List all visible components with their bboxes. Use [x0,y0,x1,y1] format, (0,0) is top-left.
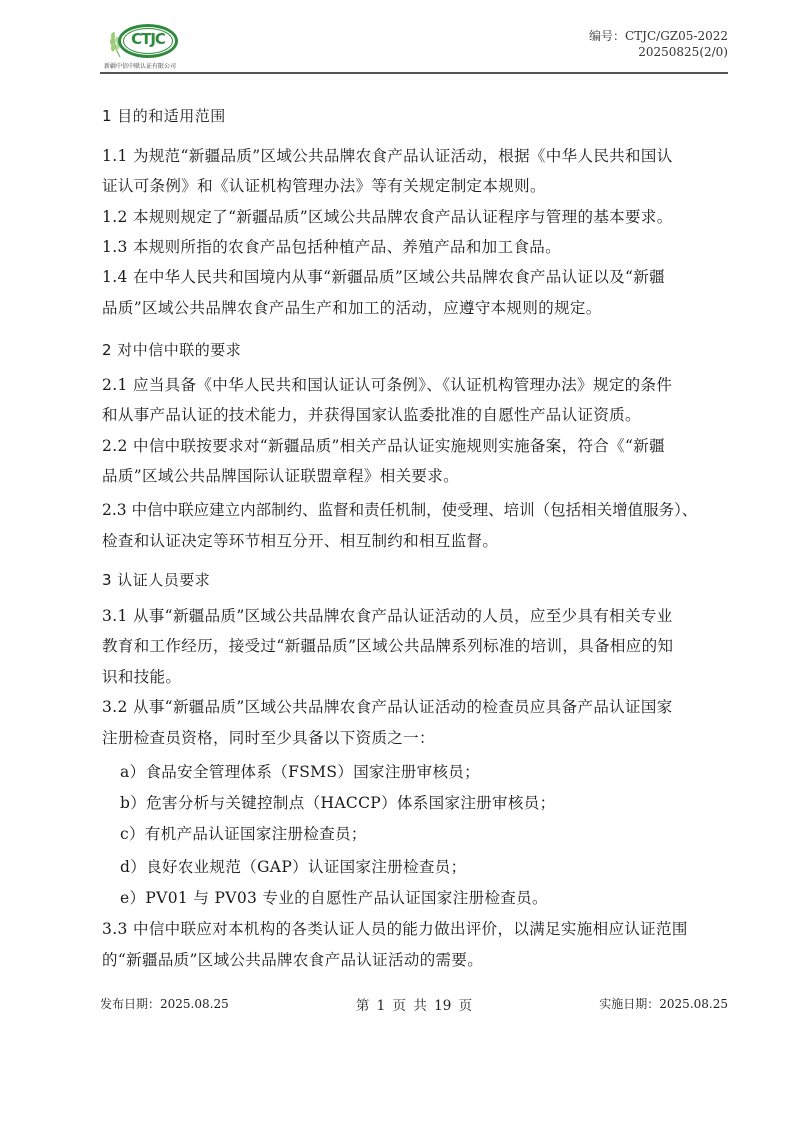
document-version: 20250825(2/0) [589,44,728,60]
paragraph-line: 检查和认证决定等环节相互分开、相互制约和相互监督。 [102,531,498,551]
company-name: 新疆中信中联认证有限公司 [104,61,176,70]
list-item: c）有机产品认证国家注册检查员； [120,824,367,844]
list-item: a）食品安全管理体系（FSMS）国家注册审核员； [120,762,480,782]
paragraph-line: 1.4 在中华人民共和国境内从事“新疆品质”区域公共品牌农食产品认证以及“新疆 [102,267,665,287]
paragraph-line: 3.2 从事“新疆品质”区域公共品牌农食产品认证活动的检查员应具备产品认证国家 [102,697,673,717]
paragraph-line: 和从事产品认证的技术能力，并获得国家认监委批准的自愿性产品认证资质。 [102,405,641,425]
paragraph-line: 注册检查员资格，同时至少具备以下资质之一： [102,728,435,748]
paragraph-line: 证认可条例》和《认证机构管理办法》等有关规定制定本规则。 [102,176,546,196]
paragraph-line: 3.3 中信中联应对本机构的各类认证人员的能力做出评价，以满足实施相应认证范围 [102,919,688,939]
document-id: 编号：CTJC/GZ05-2022 20250825(2/0) [589,28,728,60]
page-header: CTJC 新疆中信中联认证有限公司 编号：CTJC/GZ05-2022 2025… [100,18,728,70]
paragraph-line: 2.3 中信中联应建立内部制约、监督和责任机制，使受理、培训（包括相关增值服务）… [102,500,697,520]
paragraph-line: 2.2 中信中联按要求对“新疆品质”相关产品认证实施规则实施备案，符合《“新疆 [102,436,665,456]
section-heading: 1 目的和适用范围 [102,106,226,126]
header-divider [100,72,728,74]
paragraph-line: 3.1 从事“新疆品质”区域公共品牌农食产品认证活动的人员，应至少具有相关专业 [102,606,673,626]
paragraph-line: 教育和工作经历，接受过“新疆品质”区域公共品牌系列标准的培训，具备相应的知 [102,636,673,656]
section-heading: 2 对中信中联的要求 [102,340,241,360]
paragraph-line: 1.1 为规范“新疆品质”区域公共品牌农食产品认证活动，根据《中华人民共和国认 [102,146,673,166]
document-number: 编号：CTJC/GZ05-2022 [589,28,728,44]
paragraph-line: 识和技能。 [102,667,181,687]
list-item: d）良好农业规范（GAP）认证国家注册检查员； [120,857,466,877]
paragraph-line: 1.2 本规则规定了“新疆品质”区域公共品牌农食产品认证程序与管理的基本要求。 [102,207,673,227]
page-footer: 发布日期：2025.08.25 第 1 页 共 19 页 实施日期：2025.0… [100,995,728,1015]
paragraph-line: 品质”区域公共品牌国际认证联盟章程》相关要求。 [102,466,459,486]
list-item: e）PV01 与 PV03 专业的自愿性产品认证国家注册检查员。 [120,888,548,908]
paragraph-line: 品质”区域公共品牌农食产品生产和加工的活动，应遵守本规则的规定。 [102,298,602,318]
paragraph-line: 2.1 应当具备《中华人民共和国认证认可条例》、《认证机构管理办法》规定的条件 [102,375,672,395]
paragraph-line: 的“新疆品质”区域公共品牌农食产品认证活动的需要。 [102,950,483,970]
logo-text: CTJC [128,30,168,48]
paragraph-line: 1.3 本规则所指的农食产品包括种植产品、养殖产品和加工食品。 [102,237,561,257]
section-heading: 3 认证人员要求 [102,570,210,590]
company-logo: CTJC 新疆中信中联认证有限公司 [104,24,194,70]
list-item: b）危害分析与关键控制点（HACCP）体系国家注册审核员； [120,793,555,813]
effective-date: 实施日期：2025.08.25 [599,995,728,1012]
